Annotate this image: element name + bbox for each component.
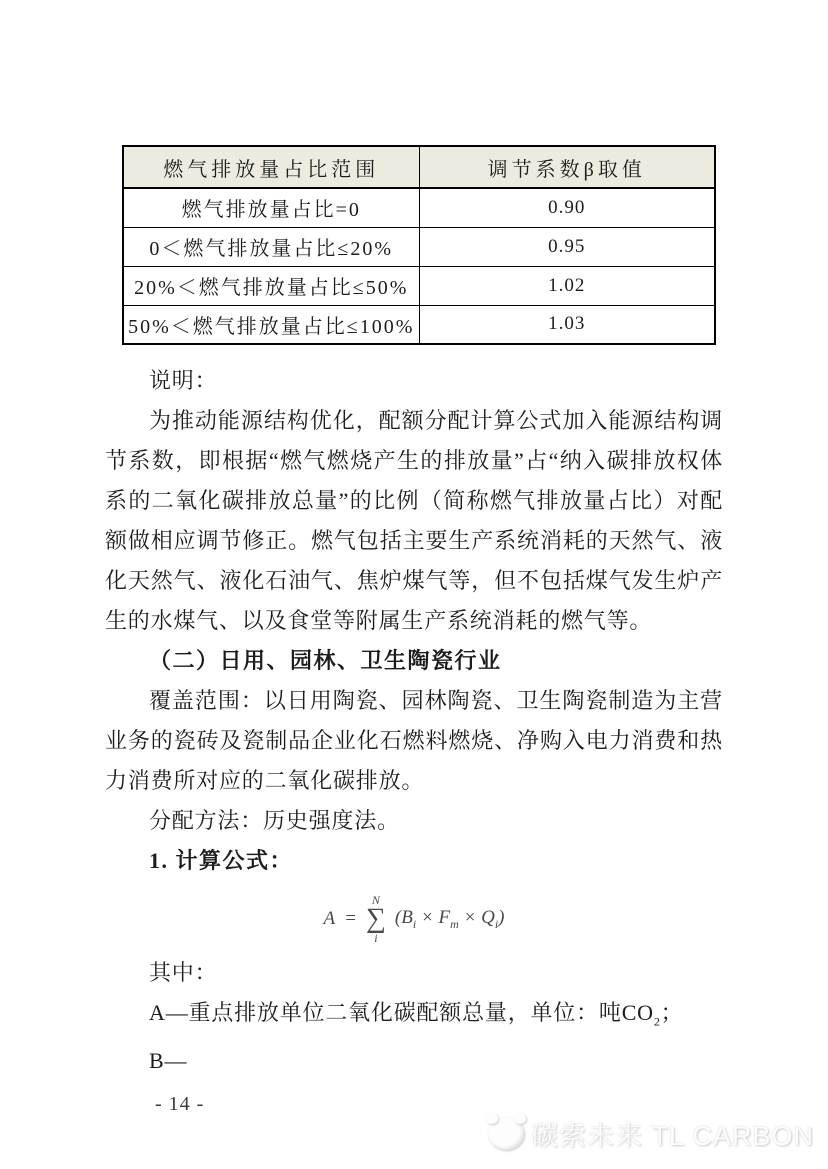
summation-symbol: N ∑ i: [366, 894, 386, 945]
definition-a-text: A—重点排放单位二氧化碳配额总量，单位：吨CO: [149, 1000, 654, 1025]
definition-a: A—重点排放单位二氧化碳配额总量，单位：吨CO2；: [105, 993, 723, 1041]
allocation-method-line: 分配方法：历史强度法。: [105, 801, 723, 841]
value-cell: 1.02: [419, 266, 715, 305]
definition-a-end: ；: [661, 1000, 684, 1025]
range-cell: 燃气排放量占比=0: [123, 188, 419, 227]
column-header-range: 燃气排放量占比范围: [123, 146, 419, 188]
value-cell: 0.90: [419, 188, 715, 227]
table-header-row: 燃气排放量占比范围 调节系数β取值: [123, 146, 715, 188]
formula-lhs: A: [323, 908, 335, 930]
summation-lower-limit: i: [374, 932, 377, 944]
co2-subscript: 2: [654, 1014, 661, 1028]
term-close-paren: ): [498, 907, 504, 928]
formula-terms: (Bi × Fm × Qi): [395, 907, 505, 932]
term-q: × Q: [459, 907, 495, 928]
sigma-icon: ∑: [366, 906, 386, 933]
term-f: × F: [416, 907, 450, 928]
table-row: 0＜燃气排放量占比≤20% 0.95: [123, 227, 715, 266]
range-cell: 50%＜燃气排放量占比≤100%: [123, 305, 419, 344]
table-row: 50%＜燃气排放量占比≤100% 1.03: [123, 305, 715, 344]
document-page: 燃气排放量占比范围 调节系数β取值 燃气排放量占比=0 0.90 0＜燃气排放量…: [105, 0, 723, 1116]
formula-equals: =: [344, 908, 357, 930]
term-f-subscript: m: [450, 916, 459, 930]
notes-label: 说明：: [105, 361, 723, 401]
brand-watermark: 碳索未来 TL CARBON: [488, 1114, 814, 1153]
allocation-formula: A = N ∑ i (Bi × Fm × Qi): [105, 889, 723, 949]
coverage-paragraph: 覆盖范围：以日用陶瓷、园林陶瓷、卫生陶瓷制造为主营业务的瓷砖及瓷制品企业化石燃料…: [105, 681, 723, 801]
notes-paragraph: 为推动能源结构优化，配额分配计算公式加入能源结构调节系数，即根据“燃气燃烧产生的…: [105, 401, 723, 641]
page-number: - 14 -: [155, 1093, 723, 1116]
formula-heading: 1. 计算公式：: [105, 841, 723, 881]
definition-b: B—: [105, 1041, 723, 1081]
term-b: (B: [395, 907, 413, 928]
brand-logo-icon: [488, 1117, 524, 1150]
where-label: 其中：: [105, 953, 723, 993]
table-row: 20%＜燃气排放量占比≤50% 1.02: [123, 266, 715, 305]
brand-watermark-text: 碳索未来 TL CARBON: [531, 1114, 814, 1153]
range-cell: 0＜燃气排放量占比≤20%: [123, 227, 419, 266]
adjustment-coefficient-table: 燃气排放量占比范围 调节系数β取值 燃气排放量占比=0 0.90 0＜燃气排放量…: [122, 145, 716, 345]
section-heading: （二）日用、园林、卫生陶瓷行业: [105, 641, 723, 681]
value-cell: 0.95: [419, 227, 715, 266]
column-header-coefficient: 调节系数β取值: [419, 146, 715, 188]
table-row: 燃气排放量占比=0 0.90: [123, 188, 715, 227]
range-cell: 20%＜燃气排放量占比≤50%: [123, 266, 419, 305]
value-cell: 1.03: [419, 305, 715, 344]
